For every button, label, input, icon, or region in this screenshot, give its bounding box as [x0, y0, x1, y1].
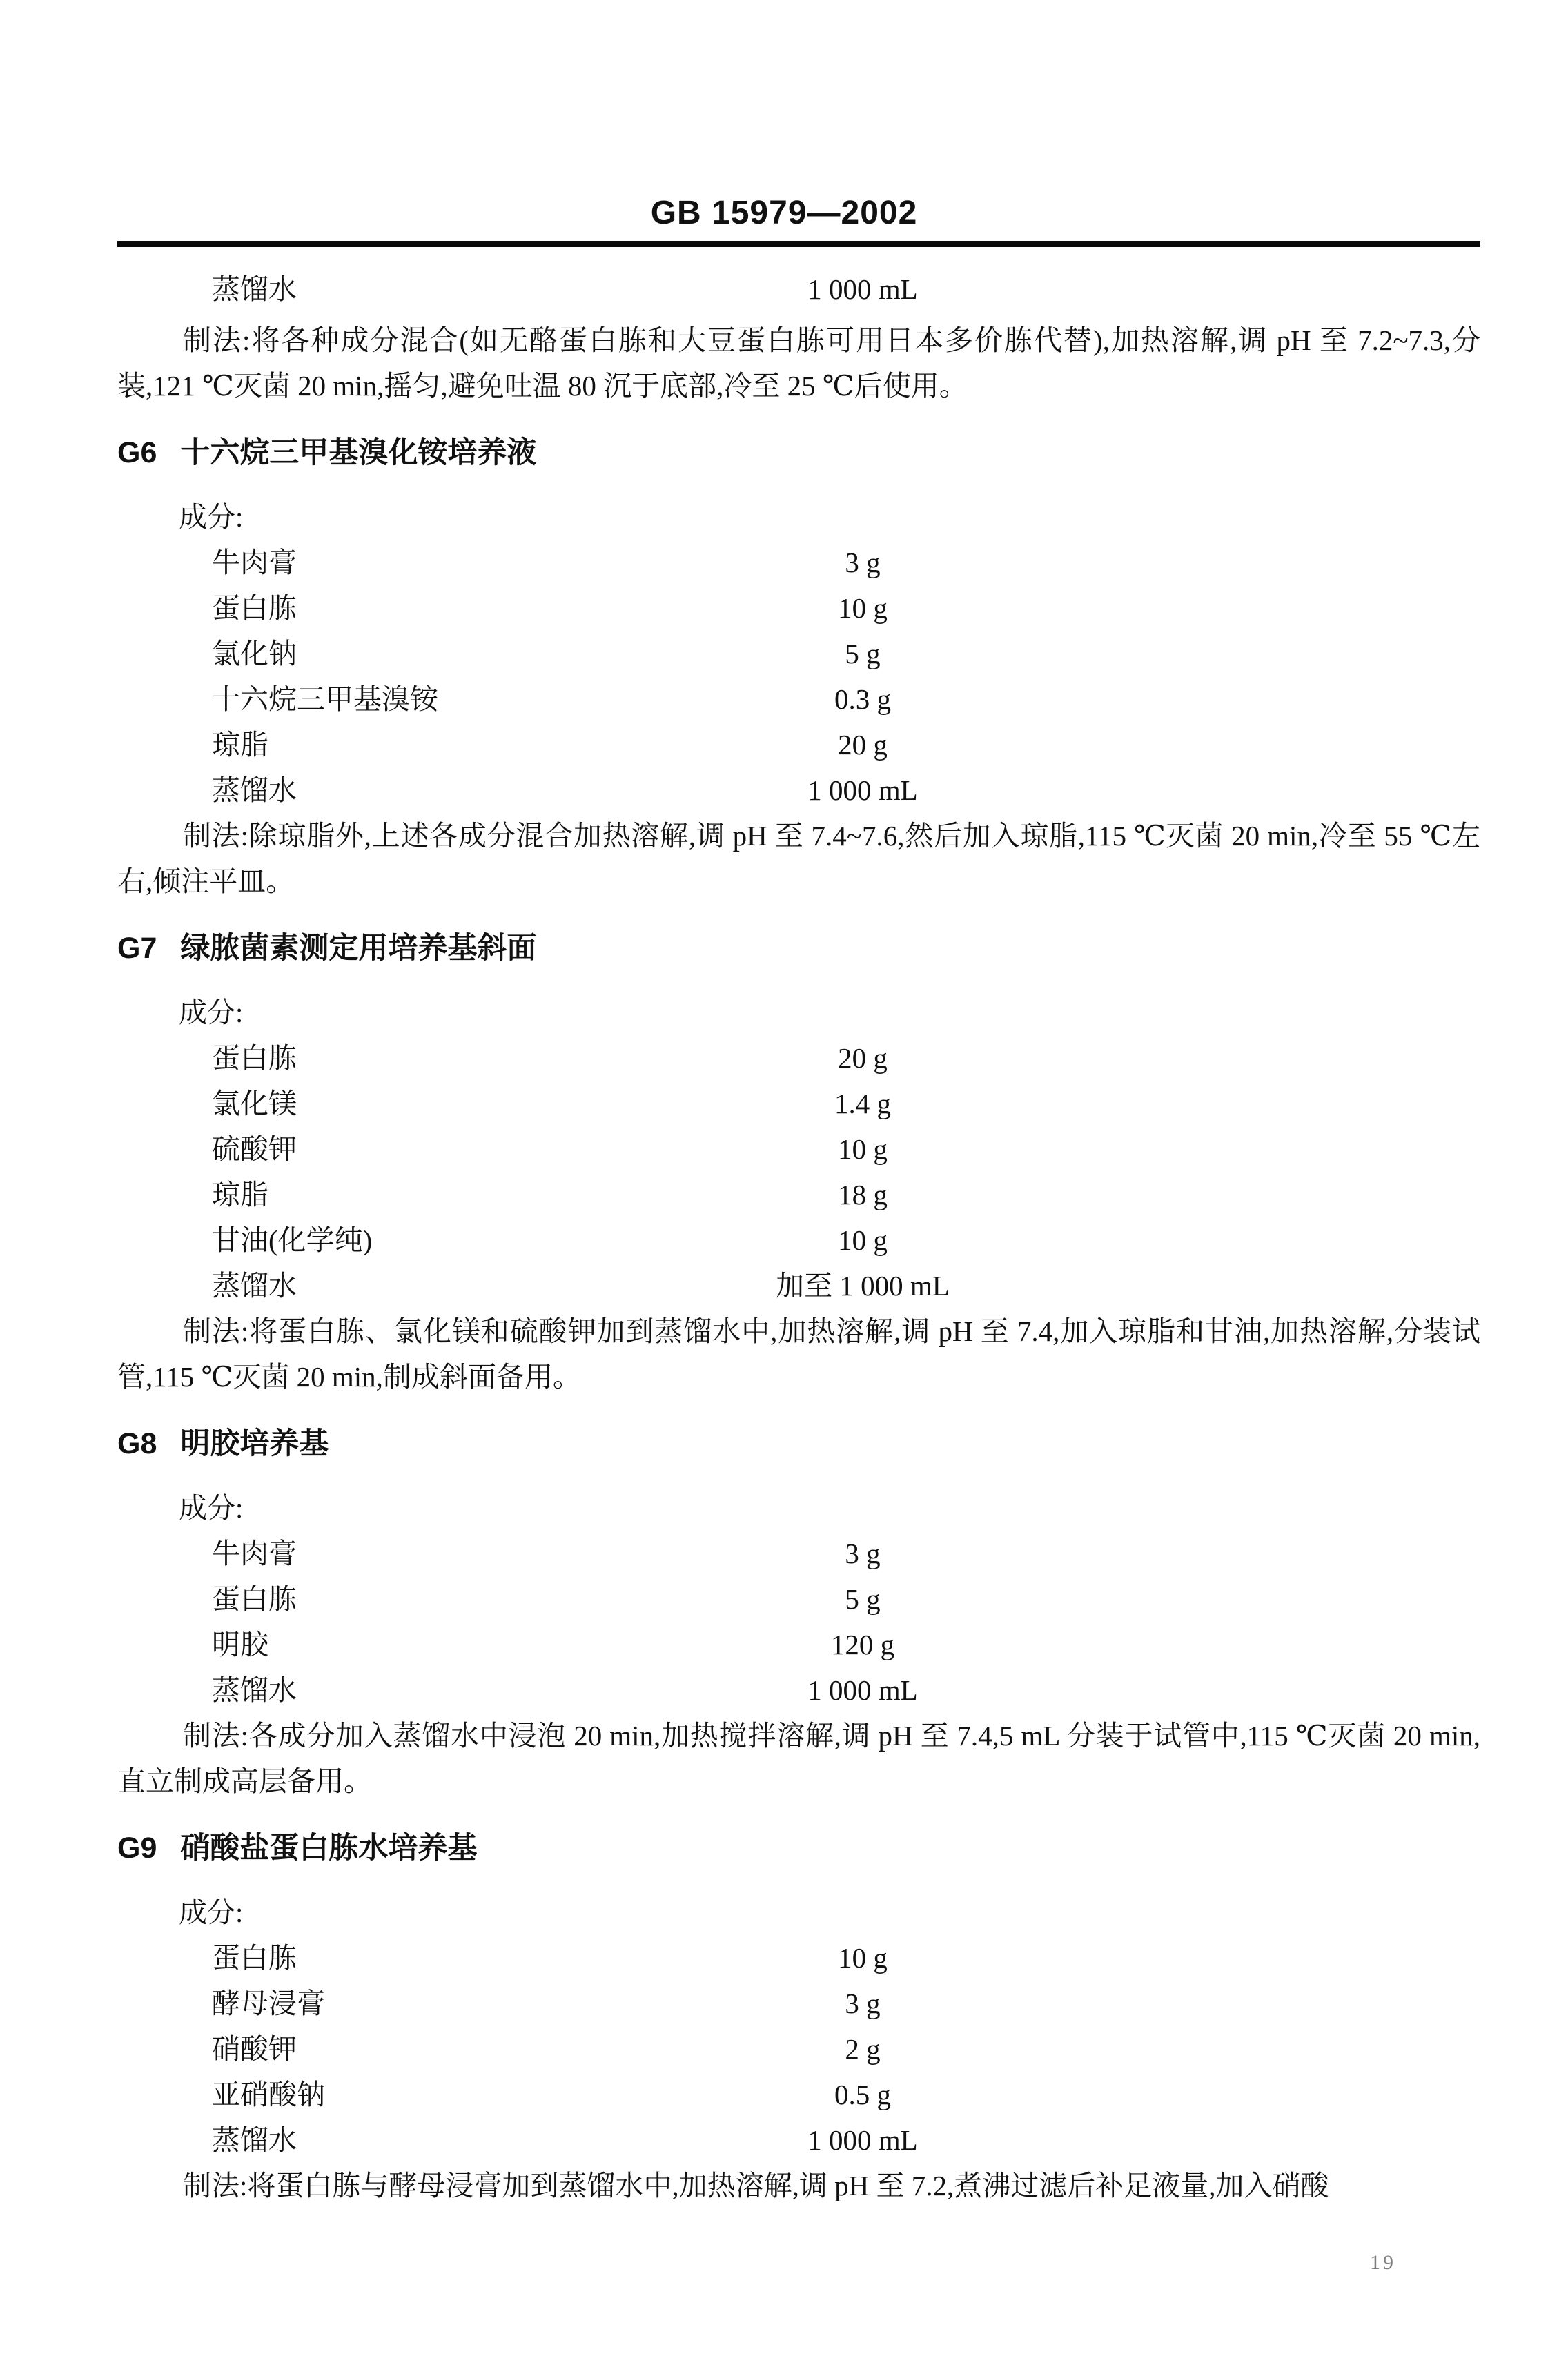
ingredient-row: 牛肉膏 3 g [117, 1531, 1480, 1576]
page-number: 19 [1370, 2251, 1396, 2275]
ingredient-name: 琼脂 [212, 729, 268, 761]
ingredient-quantity: 10 g [725, 1217, 1001, 1263]
ingredient-list: 蛋白胨 20 g 氯化镁 1.4 g 硫酸钾 10 g 琼脂 18 g 甘油(化… [117, 1035, 1480, 1308]
ingredient-name: 明胶 [212, 1629, 268, 1660]
ingredient-quantity: 1 000 mL [725, 767, 1001, 813]
ingredients-label: 成分: [179, 990, 1480, 1035]
recipe-sections: G6十六烷三甲基溴化铵培养液 成分: 牛肉膏 3 g 蛋白胨 10 g 氯化钠 … [117, 433, 1480, 2208]
ingredient-quantity: 20 g [725, 1035, 1001, 1081]
section-title: 十六烷三甲基溴化铵培养液 [180, 436, 536, 469]
ingredient-quantity: 1 000 mL [725, 266, 1001, 312]
recipe-section: G8明胶培养基 成分: 牛肉膏 3 g 蛋白胨 5 g 明胶 120 g 蒸馏水… [117, 1424, 1480, 1804]
ingredients-label: 成分: [179, 1890, 1480, 1935]
ingredient-row: 硝酸钾 2 g [117, 2026, 1480, 2072]
ingredient-quantity: 1 000 mL [725, 1667, 1001, 1713]
ingredient-quantity: 20 g [725, 722, 1001, 767]
ingredient-quantity: 加至 1 000 mL [725, 1263, 1001, 1308]
ingredient-row: 亚硝酸钠 0.5 g [117, 2072, 1480, 2117]
ingredient-row: 硫酸钾 10 g [117, 1126, 1480, 1172]
ingredient-row: 明胶 120 g [117, 1622, 1480, 1667]
ingredient-quantity: 2 g [725, 2026, 1001, 2072]
ingredient-row: 蒸馏水 1 000 mL [117, 767, 1480, 813]
section-heading: G7绿脓菌素测定用培养基斜面 [117, 929, 1480, 968]
ingredient-name: 牛肉膏 [212, 1538, 297, 1569]
ingredient-row: 蛋白胨 20 g [117, 1035, 1480, 1081]
ingredient-row: 牛肉膏 3 g [117, 540, 1480, 585]
section-heading: G9硝酸盐蛋白胨水培养基 [117, 1829, 1480, 1867]
ingredients-label: 成分: [179, 1485, 1480, 1531]
ingredient-quantity: 18 g [725, 1172, 1001, 1217]
ingredient-name: 牛肉膏 [212, 547, 297, 578]
ingredient-list: 蛋白胨 10 g 酵母浸膏 3 g 硝酸钾 2 g 亚硝酸钠 0.5 g 蒸馏水… [117, 1935, 1480, 2163]
page-content: 蒸馏水 1 000 mL 制法:将各种成分混合(如无酪蛋白胨和大豆蛋白胨可用日本… [117, 266, 1480, 2208]
ingredient-row: 蛋白胨 5 g [117, 1576, 1480, 1622]
ingredient-quantity: 0.5 g [725, 2072, 1001, 2117]
recipe-section: G9硝酸盐蛋白胨水培养基 成分: 蛋白胨 10 g 酵母浸膏 3 g 硝酸钾 2… [117, 1829, 1480, 2208]
method-paragraph: 制法:将蛋白胨与酵母浸膏加到蒸馏水中,加热溶解,调 pH 至 7.2,煮沸过滤后… [117, 2163, 1480, 2208]
ingredient-name: 蛋白胨 [212, 592, 297, 624]
method-paragraph: 制法:将各种成分混合(如无酪蛋白胨和大豆蛋白胨可用日本多价胨代替),加热溶解,调… [117, 317, 1480, 409]
ingredient-row: 氯化镁 1.4 g [117, 1081, 1480, 1126]
method-paragraph: 制法:将蛋白胨、氯化镁和硫酸钾加到蒸馏水中,加热溶解,调 pH 至 7.4,加入… [117, 1308, 1480, 1400]
ingredient-name: 硫酸钾 [212, 1133, 297, 1165]
ingredient-row: 甘油(化学纯) 10 g [117, 1217, 1480, 1263]
ingredient-name: 氯化镁 [212, 1088, 297, 1119]
ingredient-name: 蛋白胨 [212, 1583, 297, 1615]
ingredient-row: 蛋白胨 10 g [117, 1935, 1480, 1981]
recipe-section: G6十六烷三甲基溴化铵培养液 成分: 牛肉膏 3 g 蛋白胨 10 g 氯化钠 … [117, 433, 1480, 904]
method-paragraph: 制法:各成分加入蒸馏水中浸泡 20 min,加热搅拌溶解,调 pH 至 7.4,… [117, 1713, 1480, 1804]
ingredient-name: 蛋白胨 [212, 1942, 297, 1974]
ingredient-quantity: 1.4 g [725, 1081, 1001, 1126]
ingredient-quantity: 1 000 mL [725, 2117, 1001, 2163]
ingredient-quantity: 5 g [725, 1576, 1001, 1622]
ingredient-row: 蛋白胨 10 g [117, 585, 1480, 631]
ingredient-row: 十六烷三甲基溴铵 0.3 g [117, 676, 1480, 722]
section-title: 硝酸盐蛋白胨水培养基 [180, 1832, 477, 1865]
ingredient-row: 蒸馏水 1 000 mL [117, 266, 1480, 312]
ingredient-quantity: 3 g [725, 1981, 1001, 2026]
section-id: G6 [117, 436, 157, 469]
method-paragraph: 制法:除琼脂外,上述各成分混合加热溶解,调 pH 至 7.4~7.6,然后加入琼… [117, 813, 1480, 904]
ingredient-name: 蒸馏水 [212, 273, 297, 305]
ingredient-name: 十六烷三甲基溴铵 [212, 683, 438, 715]
header-rule [117, 241, 1480, 247]
ingredient-row: 琼脂 18 g [117, 1172, 1480, 1217]
section-heading: G6十六烷三甲基溴化铵培养液 [117, 433, 1480, 472]
ingredient-name: 硝酸钾 [212, 2033, 297, 2065]
ingredient-quantity: 3 g [725, 1531, 1001, 1576]
section-id: G8 [117, 1427, 157, 1460]
ingredient-quantity: 10 g [725, 585, 1001, 631]
ingredient-name: 琼脂 [212, 1179, 268, 1210]
section-id: G9 [117, 1832, 157, 1865]
ingredient-quantity: 3 g [725, 540, 1001, 585]
ingredient-quantity: 0.3 g [725, 676, 1001, 722]
ingredient-list: 牛肉膏 3 g 蛋白胨 10 g 氯化钠 5 g 十六烷三甲基溴铵 0.3 g … [117, 540, 1480, 813]
section-title: 明胶培养基 [180, 1427, 329, 1460]
ingredient-name: 蛋白胨 [212, 1042, 297, 1074]
ingredient-row: 蒸馏水 加至 1 000 mL [117, 1263, 1480, 1308]
ingredient-row: 氯化钠 5 g [117, 631, 1480, 676]
ingredient-name: 酵母浸膏 [212, 1988, 325, 2019]
section-id: G7 [117, 932, 157, 965]
standard-code-header: GB 15979—2002 [0, 0, 1568, 231]
ingredient-row: 蒸馏水 1 000 mL [117, 2117, 1480, 2163]
ingredient-quantity: 120 g [725, 1622, 1001, 1667]
ingredient-name: 蒸馏水 [212, 1674, 297, 1706]
ingredient-name: 蒸馏水 [212, 1270, 297, 1302]
section-title: 绿脓菌素测定用培养基斜面 [180, 932, 536, 965]
document-page: GB 15979—2002 蒸馏水 1 000 mL 制法:将各种成分混合(如无… [0, 0, 1568, 2354]
ingredient-row: 蒸馏水 1 000 mL [117, 1667, 1480, 1713]
ingredient-quantity: 5 g [725, 631, 1001, 676]
ingredients-label: 成分: [179, 494, 1480, 540]
ingredient-name: 氯化钠 [212, 638, 297, 669]
ingredient-name: 亚硝酸钠 [212, 2079, 325, 2110]
recipe-section: G7绿脓菌素测定用培养基斜面 成分: 蛋白胨 20 g 氯化镁 1.4 g 硫酸… [117, 929, 1480, 1400]
section-heading: G8明胶培养基 [117, 1424, 1480, 1463]
ingredient-row: 琼脂 20 g [117, 722, 1480, 767]
ingredient-name: 蒸馏水 [212, 774, 297, 806]
ingredient-row: 酵母浸膏 3 g [117, 1981, 1480, 2026]
ingredient-quantity: 10 g [725, 1126, 1001, 1172]
ingredient-list: 牛肉膏 3 g 蛋白胨 5 g 明胶 120 g 蒸馏水 1 000 mL [117, 1531, 1480, 1713]
ingredient-name: 蒸馏水 [212, 2124, 297, 2156]
ingredient-name: 甘油(化学纯) [212, 1224, 372, 1256]
ingredient-quantity: 10 g [725, 1935, 1001, 1981]
